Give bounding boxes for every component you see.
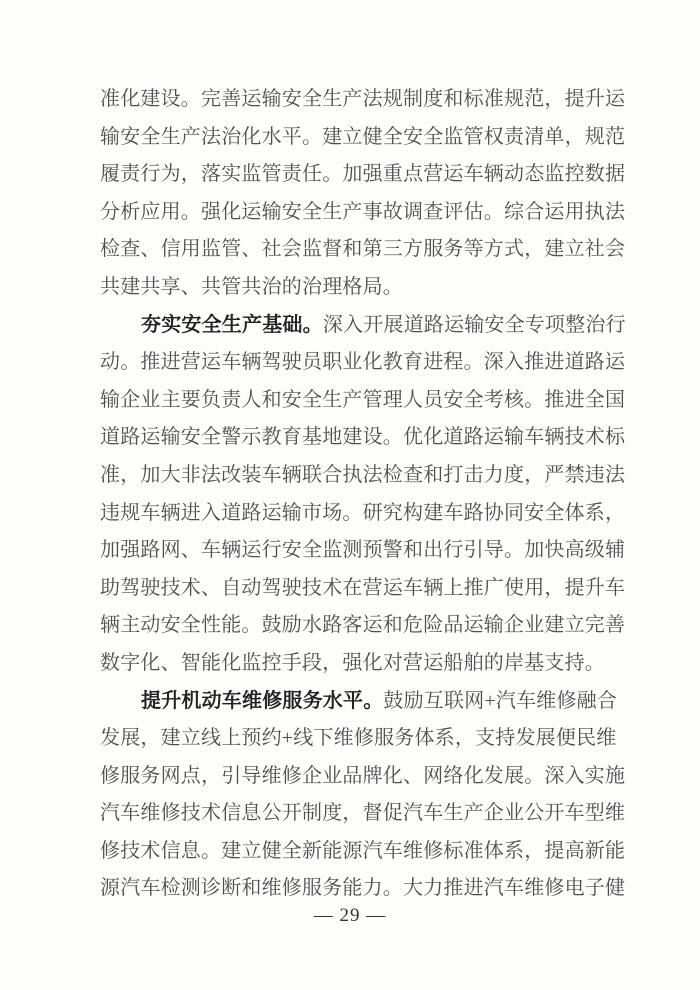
text-line: 违规车辆进入道路运输市场。研究构建车路协同安全体系， — [100, 495, 600, 533]
text-line: 夯实安全生产基础。深入开展道路运输安全专项整治行 — [100, 307, 600, 345]
text-line: 准化建设。完善运输安全生产法规制度和标准规范，提升运 — [100, 81, 600, 119]
text-line: 输安全生产法治化水平。建立健全安全监管权责清单，规范 — [100, 119, 600, 157]
line-text: 道路运输安全警示教育基地建设。优化道路运输车辆技术标 — [100, 426, 625, 448]
text-line: 加强路网、车辆运行安全监测预警和出行引导。加快高级辅 — [100, 532, 600, 570]
line-text: 源汽车检测诊断和维修服务能力。大力推进汽车维修电子健 — [100, 877, 625, 899]
line-text: 输企业主要负责人和安全生产管理人员安全考核。推进全国 — [100, 389, 625, 411]
text-line: 数字化、智能化监控手段，强化对营运船舶的岸基支持。 — [100, 645, 600, 683]
text-line: 发展，建立线上预约+线下维修服务体系，支持发展便民维 — [100, 720, 600, 758]
text-line: 修技术信息。建立健全新能源汽车维修标准体系，提高新能 — [100, 833, 600, 871]
line-text: 准，加大非法改装车辆联合执法检查和打击力度，严禁违法 — [100, 464, 625, 486]
paragraph-lead-bold: 夯实安全生产基础。 — [141, 314, 323, 336]
text-line: 履责行为，落实监管责任。加强重点营运车辆动态监控数据 — [100, 156, 600, 194]
text-line: 辆主动安全性能。鼓励水路客运和危险品运输企业建立完善 — [100, 607, 600, 645]
line-text: 输安全生产法治化水平。建立健全安全监管权责清单，规范 — [100, 126, 625, 148]
line-text: 检查、信用监管、社会监督和第三方服务等方式，建立社会 — [100, 238, 625, 260]
line-text: 动。推进营运车辆驾驶员职业化教育进程。深入推进道路运 — [100, 351, 625, 373]
text-line: 道路运输安全警示教育基地建设。优化道路运输车辆技术标 — [100, 419, 600, 457]
line-text: 履责行为，落实监管责任。加强重点营运车辆动态监控数据 — [100, 163, 625, 185]
page-number: — 29 — — [100, 905, 600, 927]
text-line: 源汽车检测诊断和维修服务能力。大力推进汽车维修电子健 — [100, 870, 600, 908]
line-text: 违规车辆进入道路运输市场。研究构建车路协同安全体系， — [100, 502, 625, 524]
line-text: 发展，建立线上预约+线下维修服务体系，支持发展便民维 — [100, 727, 616, 749]
line-text: 修技术信息。建立健全新能源汽车维修标准体系，提高新能 — [100, 840, 625, 862]
line-text: 数字化、智能化监控手段，强化对营运船舶的岸基支持。 — [100, 652, 605, 674]
text-line: 提升机动车维修服务水平。鼓励互联网+汽车维修融合 — [100, 683, 600, 721]
text-line: 动。推进营运车辆驾驶员职业化教育进程。深入推进道路运 — [100, 344, 600, 382]
line-text: 鼓励互联网+汽车维修融合 — [383, 690, 617, 712]
line-text: 汽车维修技术信息公开制度，督促汽车生产企业公开车型维 — [100, 802, 625, 824]
line-text: 助驾驶技术、自动驾驶技术在营运车辆上推广使用，提升车 — [100, 577, 625, 599]
line-text: 加强路网、车辆运行安全监测预警和出行引导。加快高级辅 — [100, 539, 625, 561]
line-text: 深入开展道路运输安全专项整治行 — [323, 314, 626, 336]
text-line: 分析应用。强化运输安全生产事故调查评估。综合运用执法 — [100, 194, 600, 232]
line-text: 共建共享、共管共治的治理格局。 — [100, 276, 403, 298]
text-line: 共建共享、共管共治的治理格局。 — [100, 269, 600, 307]
text-line: 修服务网点，引导维修企业品牌化、网络化发展。深入实施 — [100, 758, 600, 796]
line-text: 辆主动安全性能。鼓励水路客运和危险品运输企业建立完善 — [100, 614, 625, 636]
paragraph-lead-bold: 提升机动车维修服务水平。 — [141, 690, 383, 712]
text-line: 助驾驶技术、自动驾驶技术在营运车辆上推广使用，提升车 — [100, 570, 600, 608]
text-line: 检查、信用监管、社会监督和第三方服务等方式，建立社会 — [100, 231, 600, 269]
text-line: 汽车维修技术信息公开制度，督促汽车生产企业公开车型维 — [100, 795, 600, 833]
line-text: 分析应用。强化运输安全生产事故调查评估。综合运用执法 — [100, 201, 625, 223]
text-line: 输企业主要负责人和安全生产管理人员安全考核。推进全国 — [100, 382, 600, 420]
document-body: 准化建设。完善运输安全生产法规制度和标准规范，提升运输安全生产法治化水平。建立健… — [100, 81, 600, 908]
line-text: 准化建设。完善运输安全生产法规制度和标准规范，提升运 — [100, 88, 625, 110]
document-page: 准化建设。完善运输安全生产法规制度和标准规范，提升运输安全生产法治化水平。建立健… — [0, 0, 700, 990]
line-text: 修服务网点，引导维修企业品牌化、网络化发展。深入实施 — [100, 765, 625, 787]
text-line: 准，加大非法改装车辆联合执法检查和打击力度，严禁违法 — [100, 457, 600, 495]
